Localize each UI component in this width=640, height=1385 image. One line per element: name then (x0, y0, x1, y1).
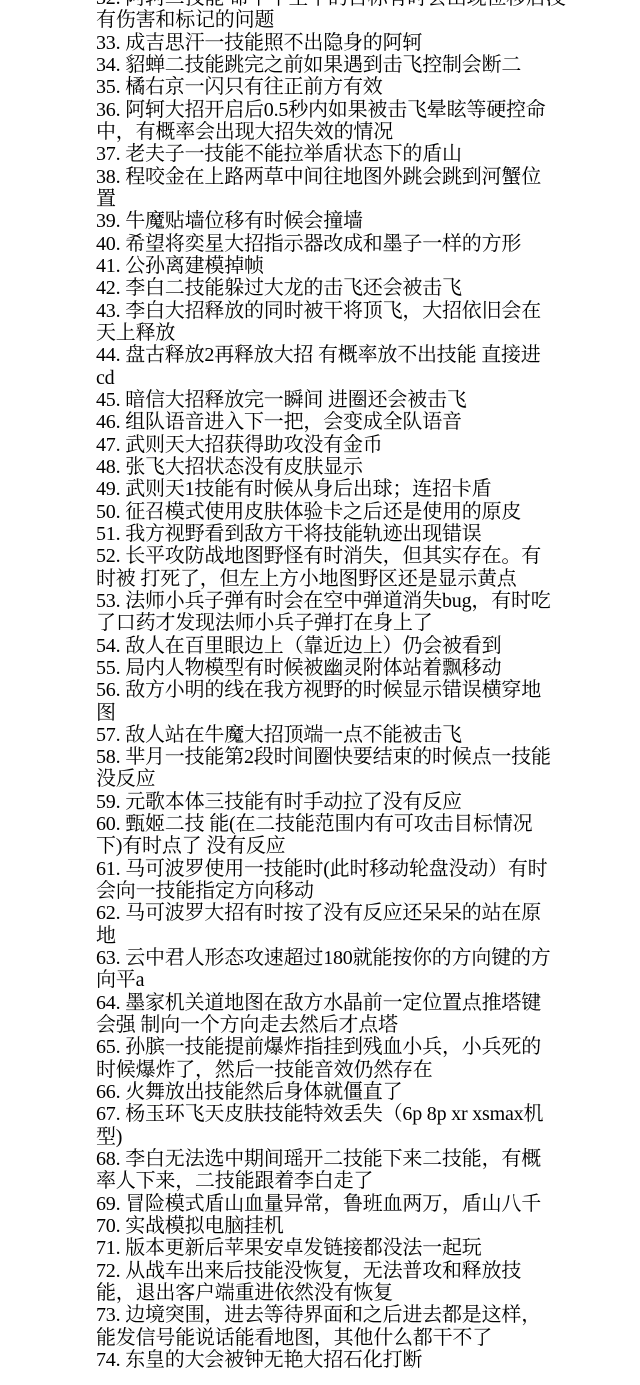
text-line: 71. 版本更新后苹果安卓发链接都没法一起玩 (96, 1237, 548, 1259)
text-line: 68. 李白无法选中期间瑶开二技能下来二技能，有概 (96, 1148, 548, 1170)
text-line: 32. 阿轲二技能 命中半空中的目标有时会出现位移后没 (96, 0, 548, 9)
text-line: 65. 孙膑一技能提前爆炸指挂到残血小兵，小兵死的 (96, 1036, 548, 1058)
text-line: 能，退出客户端重进依然没有恢复 (96, 1282, 548, 1304)
text-line: 48. 张飞大招状态没有皮肤显示 (96, 456, 548, 478)
text-line: 60. 甄姬二技 能(在二技能范围内有可攻击目标情况 (96, 813, 548, 835)
text-line: 45. 暗信大招释放完一瞬间 进圈还会被击飞 (96, 389, 548, 411)
text-line: 55. 局内人物模型有时候被幽灵附体站着飘移动 (96, 657, 548, 679)
text-line: 56. 敌方小明的线在我方视野的时候显示错误横穿地 (96, 679, 548, 701)
text-line: 天上释放 (96, 322, 548, 344)
text-line: 型) (96, 1126, 548, 1148)
text-line: 会向一技能指定方向移动 (96, 880, 548, 902)
text-line: 中，有概率会出现大招失效的情况 (96, 121, 548, 143)
text-line: 62. 马可波罗大招有时按了没有反应还呆呆的站在原 (96, 902, 548, 924)
text-line: 59. 元歌本体三技能有时手动拉了没有反应 (96, 791, 548, 813)
text-line: 58. 芈月一技能第2段时间圈快要结束的时候点一技能 (96, 746, 548, 768)
text-line: 50. 征召模式使用皮肤体验卡之后还是使用的原皮 (96, 501, 548, 523)
bug-report-list: 32. 阿轲二技能 命中半空中的目标有时会出现位移后没有伤害和标记的问题33. … (96, 0, 548, 1371)
text-line: 置 (96, 188, 548, 210)
text-line: 地 (96, 925, 548, 947)
text-line: 能发信号能说话能看地图，其他什么都干不了 (96, 1327, 548, 1349)
text-line: 46. 组队语音进入下一把，会变成全队语音 (96, 411, 548, 433)
text-line: 66. 火舞放出技能然后身体就僵直了 (96, 1081, 548, 1103)
text-line: 52. 长平攻防战地图野怪有时消失，但其实存在。有 (96, 545, 548, 567)
text-line: 下)有时点了 没有反应 (96, 835, 548, 857)
text-line: 70. 实战模拟电脑挂机 (96, 1215, 548, 1237)
text-line: 38. 程咬金在上路两草中间往地图外跳会跳到河蟹位 (96, 166, 548, 188)
text-line: 41. 公孙离建模掉帧 (96, 255, 548, 277)
text-line: 49. 武则天1技能有时候从身后出球；连招卡盾 (96, 478, 548, 500)
text-line: 37. 老夫子一技能不能拉举盾状态下的盾山 (96, 143, 548, 165)
text-line: 64. 墨家机关道地图在敌方水晶前一定位置点推塔键 (96, 992, 548, 1014)
text-line: 有伤害和标记的问题 (96, 9, 548, 31)
text-line: 率人下来，二技能跟着李白走了 (96, 1170, 548, 1192)
text-line: 69. 冒险模式盾山血量异常，鲁班血两万，盾山八千 (96, 1193, 548, 1215)
text-line: 63. 云中君人形态攻速超过180就能按你的方向键的方 (96, 947, 548, 969)
text-line: 36. 阿轲大招开启后0.5秒内如果被击飞晕眩等硬控命 (96, 99, 548, 121)
text-line: 53. 法师小兵子弹有时会在空中弹道消失bug，有时吃 (96, 590, 548, 612)
text-line: 43. 李白大招释放的同时被干将顶飞，大招依旧会在 (96, 300, 548, 322)
text-line: 44. 盘古释放2再释放大招 有概率放不出技能 直接进 (96, 344, 548, 366)
text-line: 没反应 (96, 768, 548, 790)
text-line: 47. 武则天大招获得助攻没有金币 (96, 434, 548, 456)
text-line: 34. 貂蝉二技能跳完之前如果遇到击飞控制会断二 (96, 54, 548, 76)
text-line: 35. 橘右京一闪只有往正前方有效 (96, 76, 548, 98)
text-line: 67. 杨玉环飞天皮肤技能特效丢失（6p 8p xr xsmax机 (96, 1103, 548, 1125)
text-line: 33. 成吉思汗一技能照不出隐身的阿轲 (96, 32, 548, 54)
text-line: 时被 打死了，但左上方小地图野区还是显示黄点 (96, 568, 548, 590)
text-line: 42. 李白二技能躲过大龙的击飞还会被击飞 (96, 277, 548, 299)
text-line: cd (96, 367, 548, 389)
text-line: 时候爆炸了，然后一技能音效仍然存在 (96, 1059, 548, 1081)
text-line: 72. 从战车出来后技能没恢复，无法普攻和释放技 (96, 1260, 548, 1282)
text-line: 73. 边境突围，进去等待界面和之后进去都是这样， (96, 1304, 548, 1326)
text-line: 会强 制向一个方向走去然后才点塔 (96, 1014, 548, 1036)
text-line: 51. 我方视野看到敌方干将技能轨迹出现错误 (96, 523, 548, 545)
text-line: 了口药才发现法师小兵子弹打在身上了 (96, 612, 548, 634)
text-line: 61. 马可波罗使用一技能时(此时移动轮盘没动）有时 (96, 858, 548, 880)
text-line: 57. 敌人站在牛魔大招顶端一点不能被击飞 (96, 724, 548, 746)
text-line: 图 (96, 702, 548, 724)
text-line: 54. 敌人在百里眼边上（靠近边上）仍会被看到 (96, 635, 548, 657)
text-line: 39. 牛魔贴墙位移有时候会撞墙 (96, 210, 548, 232)
text-line: 74. 东皇的大会被钟无艳大招石化打断 (96, 1349, 548, 1371)
text-line: 向平a (96, 969, 548, 991)
text-line: 40. 希望将奕星大招指示器改成和墨子一样的方形 (96, 233, 548, 255)
